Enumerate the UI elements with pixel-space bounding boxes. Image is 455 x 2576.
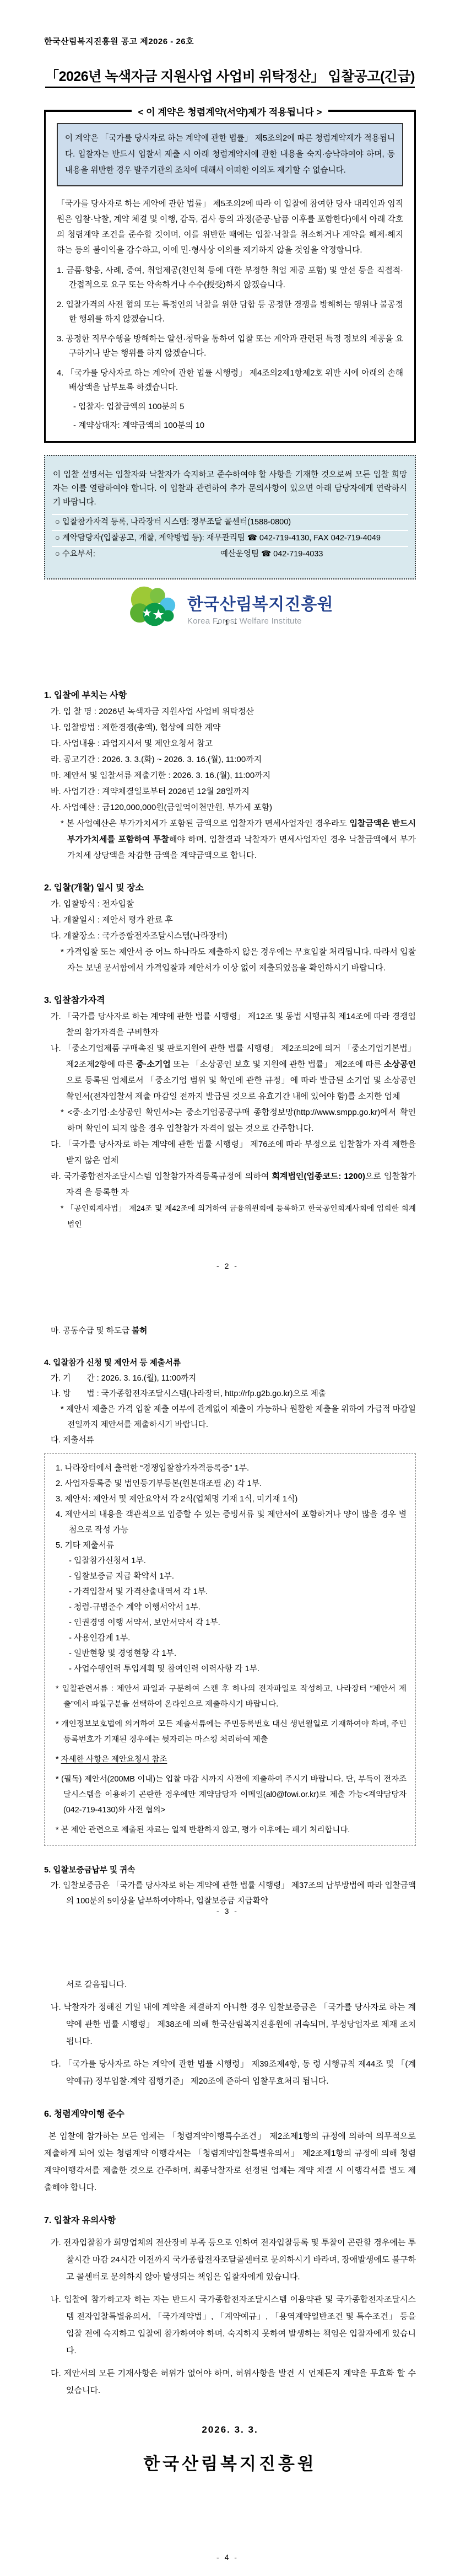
list-item: 나. 개찰일시 : 제안서 평가 완료 후 xyxy=(44,912,416,928)
doc-note-underlined: * 자세한 사항은 제안요청서 참조 xyxy=(56,1752,407,1767)
list-item: 다. 개찰장소 : 국가종합전자조달시스템(나라장터) xyxy=(44,928,416,944)
caption-rule-left xyxy=(46,110,132,112)
page-number: - 2 - xyxy=(0,1262,455,1270)
damage-clause-contractor: - 계약상대자: 계약금액의 100분의 10 xyxy=(73,419,403,432)
list-item: 마. 제안서 및 입찰서류 제출기한 : 2026. 3. 16.(월), 11… xyxy=(44,768,416,783)
doc-sub-item: - 입찰보증금 지급 확약서 1부. xyxy=(69,1569,407,1584)
pledge-item: 3. 공정한 직무수행을 방해하는 알선·청탁을 통하여 입찰 또는 계약과 관… xyxy=(57,332,403,361)
doc-sub-item: - 일반현황 및 경영현황 각 1부. xyxy=(69,1646,407,1661)
pledge-paragraph: 「국가를 당사자로 하는 계약에 관한 법률」 제5조의2에 따라 이 입찰에 … xyxy=(57,196,403,258)
section-6-heading: 6. 청렴계약이행 준수 xyxy=(44,2106,416,2122)
list-item: 다. 「국가를 당사자로 하는 계약에 관한 법률 시행령」 제76조에 따라 … xyxy=(44,1136,416,1168)
list-item: 가. 「국가를 당사자로 하는 계약에 관한 법률 시행령」 제12조 및 동법… xyxy=(44,1008,416,1040)
section-1-heading: 1. 입찰에 부치는 사항 xyxy=(44,688,416,704)
accounting-firm-note: * 「공인회계사법」 제24조 및 제42조에 의거하여 금융위원회에 등록하고… xyxy=(44,1200,416,1232)
list-item: 가. 입찰방식 : 전자입찰 xyxy=(44,896,416,912)
section-2-heading: 2. 입찰(개찰) 일시 및 장소 xyxy=(44,880,416,896)
list-item: 다. 제출서류 xyxy=(44,1432,416,1448)
list-item: 나. 방 법 : 국가종합전자조달시스템(나라장터, http://rfp.g2… xyxy=(44,1386,416,1402)
pledge-item: 1. 금품·향응, 사례, 증여, 취업제공(친인척 등에 대한 부정한 취업 … xyxy=(57,264,403,292)
list-item: 마. 공동수급 및 하도급 불허 xyxy=(44,1323,416,1339)
item-text-bold: 불허 xyxy=(132,1327,147,1335)
list-item: 라. 공고기간 : 2026. 3. 3.(화) ~ 2026. 3. 16.(… xyxy=(44,752,416,768)
doc-note: * (필독) 제안서(200MB 이내)는 입찰 마감 시까지 사전에 제출하여… xyxy=(56,1772,407,1818)
doc-item: 1. 나라장터에서 출력한 “경쟁입찰참가자격등록증” 1부. xyxy=(56,1461,407,1476)
contact-info-box: 이 입찰 설명서는 입찰자와 낙찰자가 숙지하고 준수하여야 할 사항을 기재한… xyxy=(44,455,416,579)
doc-note: * 본 제안 관련으로 제출된 자료는 일체 반환하지 않고, 평가 이후에는 … xyxy=(56,1822,407,1838)
pledge-item: 4. 「국가를 당사자로 하는 계약에 관한 법률 시행령」 제4조의2제1항제… xyxy=(57,366,403,395)
integrity-contract-box: < 이 계약은 청렴계약(서약)제가 적용됩니다 > 이 계약은 「국가를 당사… xyxy=(44,110,416,443)
sme-certificate-note: * <중·소기업·소상공인 확인서>는 중소기업공공구매 종합정보망(http:… xyxy=(44,1104,416,1136)
section-4-heading: 4. 입찰참가 신청 및 제안서 등 제출서류 xyxy=(44,1355,416,1371)
list-item: 바. 사업기간 : 계약체결일로부터 2026년 12월 28일까지 xyxy=(44,783,416,799)
bid-announcement-document: 한국산림복지진흥원 공고 제2026 - 26호 「2026년 녹색자금 지원사… xyxy=(0,0,455,2576)
integrity-box-caption: < 이 계약은 청렴계약(서약)제가 적용됩니다 > xyxy=(46,110,414,112)
doc-item: 4. 제안서의 내용을 객관적으로 입증할 수 있는 증빙서류 및 제안서에 포… xyxy=(56,1507,407,1538)
section-7-heading: 7. 입찰자 유의사항 xyxy=(44,2213,416,2229)
doc-item: 5. 기타 제출서류 xyxy=(56,1538,407,1553)
org-signature: 한국산림복지진흥원 xyxy=(44,2450,416,2475)
list-item: 다. 사업내용 : 과업지시서 및 제안요청서 참고 xyxy=(44,736,416,752)
submission-documents-box: 1. 나라장터에서 출력한 “경쟁입찰참가자격등록증” 1부. 2. 사업자등록… xyxy=(44,1453,416,1846)
page-1: 한국산림복지진흥원 공고 제2026 - 26호 「2026년 녹색자금 지원사… xyxy=(0,0,455,641)
list-item: 다. 제안서의 모든 기재사항은 허위가 없어야 하며, 허위사항을 발견 시 … xyxy=(44,2365,416,2399)
note-star: * xyxy=(56,1755,61,1764)
list-item: 나. 입찰에 참가하고자 하는 자는 반드시 국가종합전자조달시스템 이용약관 … xyxy=(44,2291,416,2359)
page-2: 1. 입찰에 부치는 사항 가. 입 찰 명 : 2026년 녹색자금 지원사업… xyxy=(0,641,455,1285)
invalid-bid-note: * 가격입찰 또는 제안서 중 어느 하나라도 제출하지 않은 경우에는 무효입… xyxy=(44,944,416,976)
doc-note: * 개인정보보호법에 의거하여 모든 제출서류에는 주민등록번호 대신 생년월일… xyxy=(56,1716,407,1747)
doc-sub-item: - 인권경영 이행 서약서, 보안서약서 각 1부. xyxy=(69,1615,407,1630)
list-item: 나. 「중소기업제품 구매촉진 및 판로지원에 관한 법률 시행령」 제2조의2… xyxy=(44,1040,416,1104)
page-number: - 3 - xyxy=(0,1907,455,1915)
integrity-notice-box: 이 계약은 「국가를 당사자로 하는 계약에 관한 법률」 제5조의2에 따른 … xyxy=(57,123,403,186)
doc-sub-item: - 사용인감계 1부. xyxy=(69,1630,407,1646)
pledge-item: 2. 입찰가격의 사전 협의 또는 특정인의 낙찰을 위한 담합 등 공정한 경… xyxy=(57,298,403,326)
note-text: * 본 사업예산은 부가가치세가 포함된 금액으로 입찰자가 면세사업자인 경우… xyxy=(61,819,350,828)
list-item: 가. 입찰보증금은 「국가를 당사자로 하는 계약에 관한 법률 시행령」 제3… xyxy=(44,1878,416,1909)
logo-korean-name: 한국산림복지진흥원 xyxy=(187,591,333,615)
item-text: 라. 국가종합전자조달시스템 입찰참가자격등록규정에 의하여 xyxy=(51,1172,272,1181)
item-text: 마. 공동수급 및 하도급 xyxy=(51,1327,132,1335)
section-3-heading: 3. 입찰참가자격 xyxy=(44,992,416,1008)
contact-row-demand-dept: ○ 수요부서: 예산운영팀 ☎ 042-719-4033 xyxy=(52,546,408,562)
page-number: - 4 - xyxy=(0,2553,455,2562)
doc-sub-item: - 청렴·규범준수 계약 이행서약서 1부. xyxy=(69,1600,407,1615)
list-item: 다. 「국가를 당사자로 하는 계약에 관한 법률 시행령」 제39조제4항, … xyxy=(44,2056,416,2090)
caption-rule-right xyxy=(328,110,414,112)
list-item: 가. 기 간 : 2026. 3. 16.(월), 11:00까지 xyxy=(44,1371,416,1386)
document-title-text: 「2026년 녹색자금 지원사업 사업비 위탁정산」 입찰공고(긴급) xyxy=(45,69,415,88)
proposal-submission-note: * 제안서 제출은 가격 입찰 제출 여부에 관계없이 제출이 가능하나 원활한… xyxy=(44,1402,416,1432)
item-text: 또는 「소상공인 보호 및 지원에 관한 법률」 제2조에 따른 xyxy=(171,1060,384,1069)
item-text-bold: 중·소기업 xyxy=(136,1060,171,1069)
document-title: 「2026년 녹색자금 지원사업 사업비 위탁정산」 입찰공고(긴급) xyxy=(44,66,416,85)
doc-item: 3. 제안서: 제안서 및 제안요약서 각 2식(업체명 기재 1식, 미기재 … xyxy=(56,1491,407,1507)
item-text-bold: 소상공인 xyxy=(384,1060,416,1069)
continued-line: 서로 갈음됩니다. xyxy=(66,1976,416,1993)
list-item: 라. 국가종합전자조달시스템 입찰참가자격등록규정에 의하여 회계법인(업종코드… xyxy=(44,1168,416,1200)
notice-number: 한국산림복지진흥원 공고 제2026 - 26호 xyxy=(44,35,416,47)
integrity-compliance-paragraph: 본 입찰에 참가하는 모든 업체는 「청렴계약이행특수조건」 제2조제1항의 규… xyxy=(44,2128,416,2196)
doc-sub-item: - 가격입찰서 및 가격산출내역서 각 1부. xyxy=(69,1584,407,1600)
damage-clause-bidder: - 입찰자: 입찰금액의 100분의 5 xyxy=(73,400,403,414)
list-item: 사. 사업예산 : 금120,000,000원(금일억이천만원, 부가세 포함) xyxy=(44,799,416,815)
item-text-bold: 회계법인(업종코드: 1200) xyxy=(272,1172,365,1181)
page-number: - 1 - xyxy=(0,618,455,627)
list-item: 가. 전자입찰참가 희망업체의 전산장비 부족 등으로 인하여 전자입찰등록 및… xyxy=(44,2234,416,2285)
contact-row-registration: ○ 입찰참가자격 등록, 나라장터 시스템: 정부조달 콜센터(1588-080… xyxy=(52,514,408,530)
page-4: 서로 갈음됩니다. 나. 낙찰자가 정해진 기일 내에 계약을 체결하지 아니한… xyxy=(0,1930,455,2576)
contact-dept-value: 예산운영팀 ☎ 042-719-4033 xyxy=(220,550,323,559)
contact-dept-label: ○ 수요부서: xyxy=(55,550,220,559)
doc-item: 2. 사업자등록증 및 법인등기부등본(원본대조필 必) 각 1부. xyxy=(56,1476,407,1491)
caption-text: < 이 계약은 청렴계약(서약)제가 적용됩니다 > xyxy=(132,104,329,118)
list-item: 나. 낙찰자가 정해진 기일 내에 계약을 체결하지 아니한 경우 입찰보증금은… xyxy=(44,1999,416,2050)
announcement-date: 2026. 3. 3. xyxy=(44,2424,416,2435)
doc-sub-item: - 입찰참가신청서 1부. xyxy=(69,1553,407,1569)
doc-note: * 입찰관련서류 : 제안서 파일과 구분하여 스캔 후 하나의 전자파일로 작… xyxy=(56,1681,407,1712)
contact-row-contract-manager: ○ 계약담당자(입찰공고, 개찰, 계약방법 등): 재무관리팀 ☎ 042-7… xyxy=(52,530,408,546)
page-3: 마. 공동수급 및 하도급 불허 4. 입찰참가 신청 및 제안서 등 제출서류… xyxy=(0,1285,455,1930)
info-intro: 이 입찰 설명서는 입찰자와 낙찰자가 숙지하고 준수하여야 할 사항을 기재한… xyxy=(53,468,407,509)
budget-note: * 본 사업예산은 부가가치세가 포함된 금액으로 입찰자가 면세사업자인 경우… xyxy=(44,815,416,863)
note-underline-text: 자세한 사항은 제안요청서 참조 xyxy=(61,1755,167,1764)
doc-sub-item: - 사업수행인력 투입계획 및 참여인력 이력사항 각 1부. xyxy=(69,1661,407,1677)
item-text: 으로 등록된 업체로서 「중소기업 범위 및 확인에 관한 규정」에 따라 발급… xyxy=(66,1076,416,1101)
section-5-heading: 5. 입찰보증금납부 및 귀속 xyxy=(44,1863,416,1878)
list-item: 가. 입 찰 명 : 2026년 녹색자금 지원사업 사업비 위탁정산 xyxy=(44,704,416,720)
list-item: 나. 입찰방법 : 제한경쟁(총액), 협상에 의한 계약 xyxy=(44,720,416,736)
